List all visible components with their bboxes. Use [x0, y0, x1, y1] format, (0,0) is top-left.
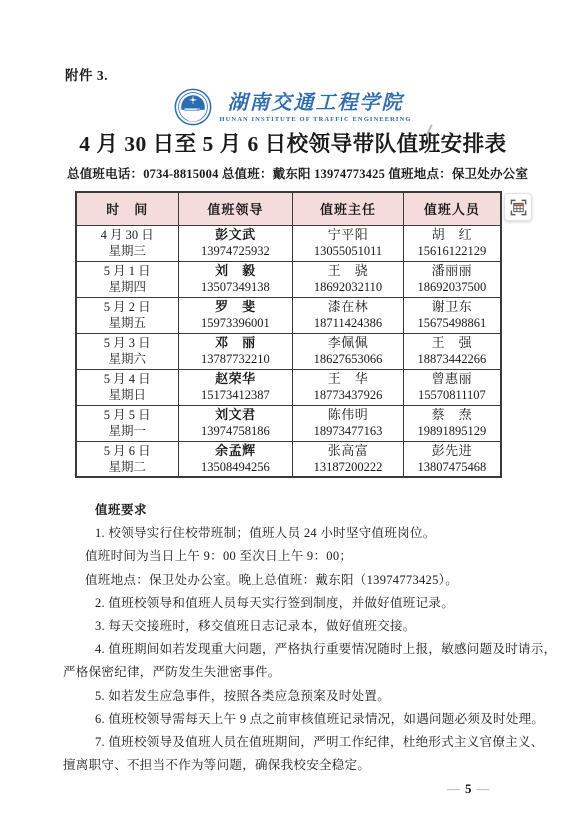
leader-phone: 13974725932: [179, 243, 293, 259]
director-name: 王 华: [293, 371, 403, 387]
table-row: 5 月 1 日星期四 刘 毅13507349138 王 骁18692032110…: [76, 261, 501, 297]
page-number-dash: —: [447, 781, 460, 796]
cell-director: 王 华18773437926: [293, 369, 404, 405]
requirement-line: 7. 值班校领导及值班人员在值班期间，严明工作纪律，杜绝形式主义官僚主义、: [63, 731, 529, 754]
leader-name: 刘文君: [179, 407, 293, 423]
weekday: 星期一: [77, 423, 178, 439]
leader-phone: 15173412387: [179, 387, 293, 403]
cell-director: 张高富13187200222: [293, 441, 404, 477]
leader-name: 彭文武: [179, 227, 293, 243]
director-phone: 18773437926: [293, 387, 403, 403]
requirement-line: 2. 值班校领导和值班人员每天实行签到制度，并做好值班记录。: [63, 592, 529, 615]
cell-time: 5 月 5 日星期一: [76, 405, 178, 441]
date: 5 月 1 日: [77, 263, 178, 279]
leader-phone: 13508494256: [179, 459, 293, 475]
director-phone: 18711424386: [293, 315, 403, 331]
weekday: 星期三: [77, 243, 178, 259]
director-name: 李佩佩: [293, 335, 403, 351]
director-phone: 18973477163: [293, 423, 403, 439]
school-emblem-icon: [174, 88, 212, 126]
cell-leader: 刘 毅13507349138: [178, 261, 293, 297]
staff-phone: 15616122129: [404, 243, 500, 259]
cell-leader: 赵荣华15173412387: [178, 369, 293, 405]
duty-requirements: 值班要求 1. 校领导实行住校带班制；值班人员 24 小时坚守值班岗位。 值班时…: [63, 499, 529, 777]
requirement-line: 5. 如若发生应急事件，按照各类应急预案及时处置。: [63, 685, 529, 708]
cell-time: 5 月 1 日星期四: [76, 261, 178, 297]
cell-director: 宁平阳13055051011: [293, 225, 404, 261]
header-duty-director: 值班主任: [293, 192, 404, 225]
table-row: 5 月 4 日星期日 赵荣华15173412387 王 华18773437926…: [76, 369, 501, 405]
cell-time: 4 月 30 日星期三: [76, 225, 178, 261]
cell-leader: 彭文武13974725932: [178, 225, 293, 261]
requirement-line: 4. 值班期间如若发现重大问题，严格执行重要情况随时上报，敏感问题及时请示，: [63, 638, 529, 661]
cell-leader: 余孟辉13508494256: [178, 441, 293, 477]
school-logo-text: 湖南交通工程学院 HUNAN INSTITUTE OF TRAFFIC ENGI…: [219, 91, 411, 123]
leader-phone: 13507349138: [179, 279, 293, 295]
table-row: 5 月 6 日星期二 余孟辉13508494256 张高富13187200222…: [76, 441, 501, 477]
staff-phone: 18873442266: [404, 351, 500, 367]
cell-time: 5 月 6 日星期二: [76, 441, 178, 477]
cell-director: 漆在林18711424386: [293, 297, 404, 333]
table-row: 5 月 2 日星期五 罗 斐15973396001 漆在林18711424386…: [76, 297, 501, 333]
duty-schedule-table: 时 间 值班领导 值班主任 值班人员 4 月 30 日星期三 彭文武139747…: [75, 191, 502, 478]
director-phone: 13187200222: [293, 459, 403, 475]
director-name: 漆在林: [293, 299, 403, 315]
cell-staff: 潘丽丽18692037500: [403, 261, 501, 297]
date: 4 月 30 日: [77, 227, 178, 243]
table-header-row: 时 间 值班领导 值班主任 值班人员: [76, 192, 501, 225]
date: 5 月 2 日: [77, 299, 178, 315]
cell-leader: 罗 斐15973396001: [178, 297, 293, 333]
requirement-line: 擅离职守、不担当不作为等问题，确保我校安全稳定。: [63, 754, 529, 777]
date: 5 月 5 日: [77, 407, 178, 423]
requirement-line: 严格保密纪律，严防发生失泄密事件。: [63, 661, 529, 684]
staff-name: 胡 红: [404, 227, 500, 243]
cell-leader: 邓 丽13787732210: [178, 333, 293, 369]
requirement-line: 3. 每天交接班时，移交值班日志记录本，做好值班交接。: [63, 615, 529, 638]
leader-name: 刘 毅: [179, 263, 293, 279]
director-name: 宁平阳: [293, 227, 403, 243]
cell-staff: 王 强18873442266: [403, 333, 501, 369]
school-logo: 湖南交通工程学院 HUNAN INSTITUTE OF TRAFFIC ENGI…: [0, 88, 586, 126]
cell-time: 5 月 4 日星期日: [76, 369, 178, 405]
cell-leader: 刘文君13974758186: [178, 405, 293, 441]
header-time: 时 间: [76, 192, 178, 225]
staff-phone: 18692037500: [404, 279, 500, 295]
attachment-label: 附件 3.: [65, 64, 108, 84]
staff-name: 谢卫东: [404, 299, 500, 315]
page-number: —5—: [447, 781, 490, 797]
date: 5 月 6 日: [77, 443, 178, 459]
document-page: 附件 3. 湖南交通工程学院 HUNAN INSTITUTE OF TRAFFI…: [0, 0, 586, 833]
staff-name: 彭先进: [404, 443, 500, 459]
staff-phone: 19891895129: [404, 423, 500, 439]
cell-staff: 彭先进13807475468: [403, 441, 501, 477]
director-name: 王 骁: [293, 263, 403, 279]
staff-name: 蔡 焘: [404, 407, 500, 423]
director-name: 张高富: [293, 443, 403, 459]
weekday: 星期日: [77, 387, 178, 403]
staff-phone: 15675498861: [404, 315, 500, 331]
table-row: 4 月 30 日星期三 彭文武13974725932 宁平阳1305505101…: [76, 225, 501, 261]
requirement-line: 1. 校领导实行住校带班制；值班人员 24 小时坚守值班岗位。: [63, 522, 529, 545]
leader-name: 邓 丽: [179, 335, 293, 351]
requirements-title: 值班要求: [63, 499, 529, 522]
page-number-dash: —: [477, 781, 490, 796]
cell-director: 李佩佩18627653066: [293, 333, 404, 369]
date: 5 月 4 日: [77, 371, 178, 387]
date: 5 月 3 日: [77, 335, 178, 351]
weekday: 星期二: [77, 459, 178, 475]
staff-phone: 15570811107: [404, 387, 500, 403]
weekday: 星期四: [77, 279, 178, 295]
page-number-value: 5: [460, 781, 477, 796]
leader-name: 赵荣华: [179, 371, 293, 387]
leader-name: 余孟辉: [179, 443, 293, 459]
cell-staff: 蔡 焘19891895129: [403, 405, 501, 441]
leader-phone: 13787732210: [179, 351, 293, 367]
school-name-cn: 湖南交通工程学院: [227, 91, 403, 115]
cell-time: 5 月 2 日星期五: [76, 297, 178, 333]
staff-name: 王 强: [404, 335, 500, 351]
leader-phone: 15973396001: [179, 315, 293, 331]
school-name-en: HUNAN INSTITUTE OF TRAFFIC ENGINEERING: [219, 116, 411, 123]
director-phone: 18692032110: [293, 279, 403, 295]
cell-staff: 胡 红15616122129: [403, 225, 501, 261]
director-phone: 13055051011: [293, 243, 403, 259]
requirement-line: 值班地点：保卫处办公室。晚上总值班：戴东阳（13974773425）。: [63, 569, 529, 592]
requirement-line: 6. 值班校领导需每天上午 9 点之前审核值班记录情况，如遇问题必须及时处理。: [63, 708, 529, 731]
table-row: 5 月 5 日星期一 刘文君13974758186 陈伟明18973477163…: [76, 405, 501, 441]
leader-phone: 13974758186: [179, 423, 293, 439]
weekday: 星期六: [77, 351, 178, 367]
staff-phone: 13807475468: [404, 459, 500, 475]
cell-staff: 曾惠丽15570811107: [403, 369, 501, 405]
page-title: 4 月 30 日至 5 月 6 日校领导带队值班安排表: [0, 127, 586, 158]
table-row: 5 月 3 日星期六 邓 丽13787732210 李佩佩18627653066…: [76, 333, 501, 369]
staff-name: 曾惠丽: [404, 371, 500, 387]
table-select-icon[interactable]: [504, 193, 532, 221]
staff-name: 潘丽丽: [404, 263, 500, 279]
leader-name: 罗 斐: [179, 299, 293, 315]
cell-director: 王 骁18692032110: [293, 261, 404, 297]
weekday: 星期五: [77, 315, 178, 331]
director-phone: 18627653066: [293, 351, 403, 367]
header-duty-leader: 值班领导: [178, 192, 293, 225]
cell-staff: 谢卫东15675498861: [403, 297, 501, 333]
cell-time: 5 月 3 日星期六: [76, 333, 178, 369]
header-duty-staff: 值班人员: [403, 192, 501, 225]
duty-info-line: 总值班电话：0734-8815004 总值班：戴东阳 13974773425 值…: [67, 164, 528, 182]
cell-director: 陈伟明18973477163: [293, 405, 404, 441]
requirement-line: 值班时间为当日上午 9：00 至次日上午 9：00；: [63, 545, 529, 568]
director-name: 陈伟明: [293, 407, 403, 423]
